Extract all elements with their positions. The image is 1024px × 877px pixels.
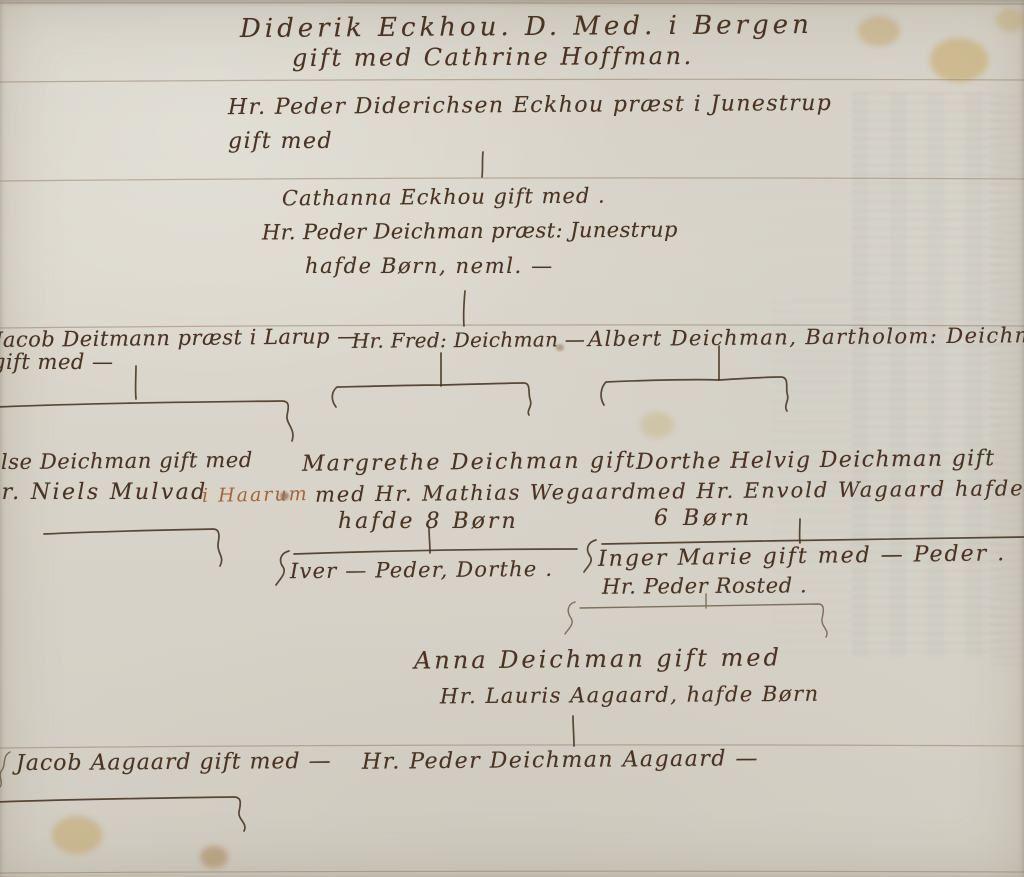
entry-gen1-line2: gift med Cathrine Hoffman.	[292, 43, 694, 71]
entry-margrethe-line3: hafde 8 Børn	[338, 510, 519, 534]
bracket-jacob-aagaard	[0, 797, 245, 831]
ruled-line-top	[0, 3, 1024, 4]
entry-dorthe-line1: Dorthe Helvig Deichman gift	[636, 447, 996, 475]
entry-margrethe-line2: med Hr. Mathias Wegaard	[315, 480, 638, 506]
ruled-line-1	[0, 79, 1024, 82]
ruled-line-5	[0, 871, 1024, 873]
entry-gen6-left: Jacob Aagaard gift med —	[16, 750, 332, 776]
paper-stain	[930, 38, 988, 82]
bracket-rosted	[565, 594, 827, 637]
paper-stain	[52, 816, 102, 854]
bleed-through-ghost	[852, 92, 1002, 657]
entry-anna-line2: Hr. Lauris Aagaard, hafde Børn	[440, 683, 820, 709]
entry-dorthe-line3: 6 Børn	[654, 507, 753, 531]
bleed-through-ghost	[990, 95, 1022, 665]
paper-stain	[200, 846, 228, 868]
bracket-albert	[601, 377, 788, 411]
entry-gen4-child1-line2: gift med —	[0, 351, 114, 374]
entry-dorthe-children-line2: Hr. Peder Rosted .	[602, 574, 807, 599]
bracket-iver-brace	[276, 551, 289, 585]
ruled-line-2	[0, 178, 1024, 181]
entry-gen1-line1: Diderik Eckhou. D. Med. i Bergen	[240, 11, 813, 44]
entry-gen3-line3: hafde Børn, neml. —	[305, 255, 554, 278]
entry-else-line2: Hr. Niels Mulvad	[0, 481, 208, 505]
entry-gen2-line2: gift med	[228, 130, 333, 154]
entry-gen4-child3: Albert Deichman, Bartholom: Deichman	[588, 324, 1024, 351]
entry-gen3-line2: Hr. Peder Deichman præst: Junestrup	[262, 219, 678, 245]
connector-tick-gen3-gen4	[464, 291, 465, 326]
entry-gen6-right: Hr. Peder Deichman Aagaard —	[362, 747, 759, 775]
bracket-else	[44, 529, 222, 566]
connector-overlay	[0, 0, 1024, 877]
entry-gen2-line1: Hr. Peder Diderichsen Eckhou præst i Jun…	[228, 92, 832, 120]
entry-dorthe-line2: med Hr. Envold Wagaard hafde	[636, 477, 1024, 503]
entry-margrethe-line1: Margrethe Deichman gift	[302, 449, 637, 477]
paper-stain	[640, 412, 674, 438]
bracket-fred	[332, 383, 530, 415]
entry-dorthe-children-line1: Inger Marie gift med — Peder .	[598, 542, 1006, 572]
entry-else-line1: Else Deichman gift med	[0, 449, 253, 474]
entry-anna-line1: Anna Deichman gift med	[414, 644, 782, 674]
entry-margrethe-children: Iver — Peder, Dorthe .	[290, 558, 553, 583]
entry-gen3-line1: Cathanna Eckhou gift med .	[282, 185, 606, 211]
manuscript-page: Diderik Eckhou. D. Med. i Bergen gift me…	[0, 0, 1024, 877]
bracket-jacob	[0, 401, 293, 441]
brace-bottom-left-partial	[0, 752, 10, 787]
paper-stain	[858, 16, 900, 46]
connector-tick-gen2-gen3	[482, 152, 483, 177]
paper-stain	[996, 8, 1024, 32]
entry-gen4-child2: Hr. Fred: Deichman —	[352, 328, 585, 352]
entry-else-annotation: i Haarum	[202, 484, 309, 507]
connector-tick-anna	[573, 716, 574, 746]
bracket-inger-brace	[584, 540, 596, 572]
entry-gen4-child1-line1: Jacob Deitmann præst i Larup —	[0, 325, 359, 352]
bracket-iver-line	[294, 549, 577, 554]
